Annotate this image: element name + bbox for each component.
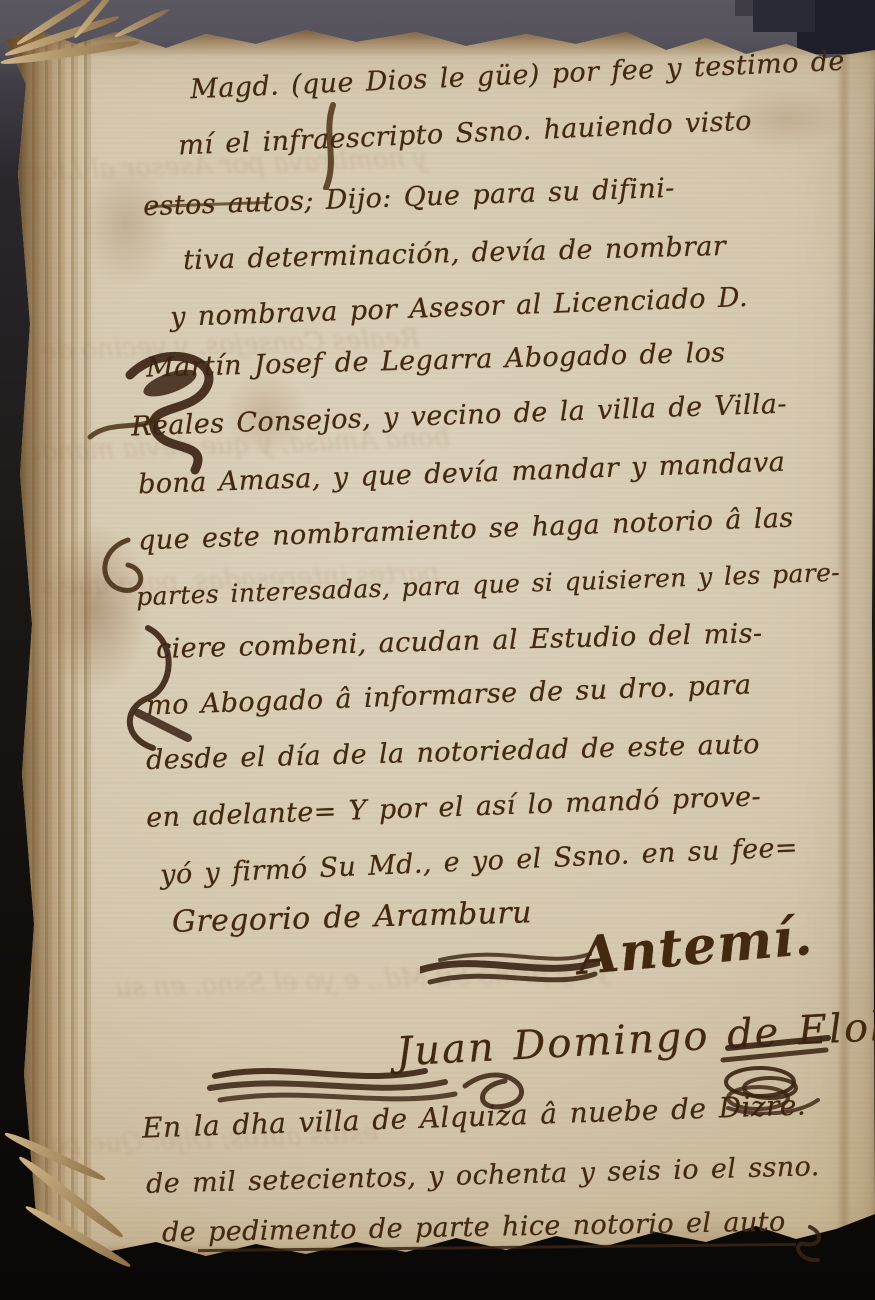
signature-rubric-strokes (205, 1056, 605, 1111)
margin-ink-curl (88, 530, 158, 610)
margin-ink-loop (118, 618, 208, 758)
binding-gutter (6, 24, 96, 1274)
rule-end-curl (790, 1222, 830, 1267)
signature-rubric-scribble (698, 1030, 838, 1115)
book-cover-corner (753, 0, 815, 32)
lead-in-stroke (85, 412, 155, 442)
ascender-stroke (308, 100, 348, 190)
manuscript-photo: y nombrava por Asesor al Licenciado D. R… (0, 0, 875, 1300)
frayed-paper-strand (114, 7, 171, 39)
signature-flourish (420, 940, 600, 1000)
page-crease (837, 54, 851, 1234)
